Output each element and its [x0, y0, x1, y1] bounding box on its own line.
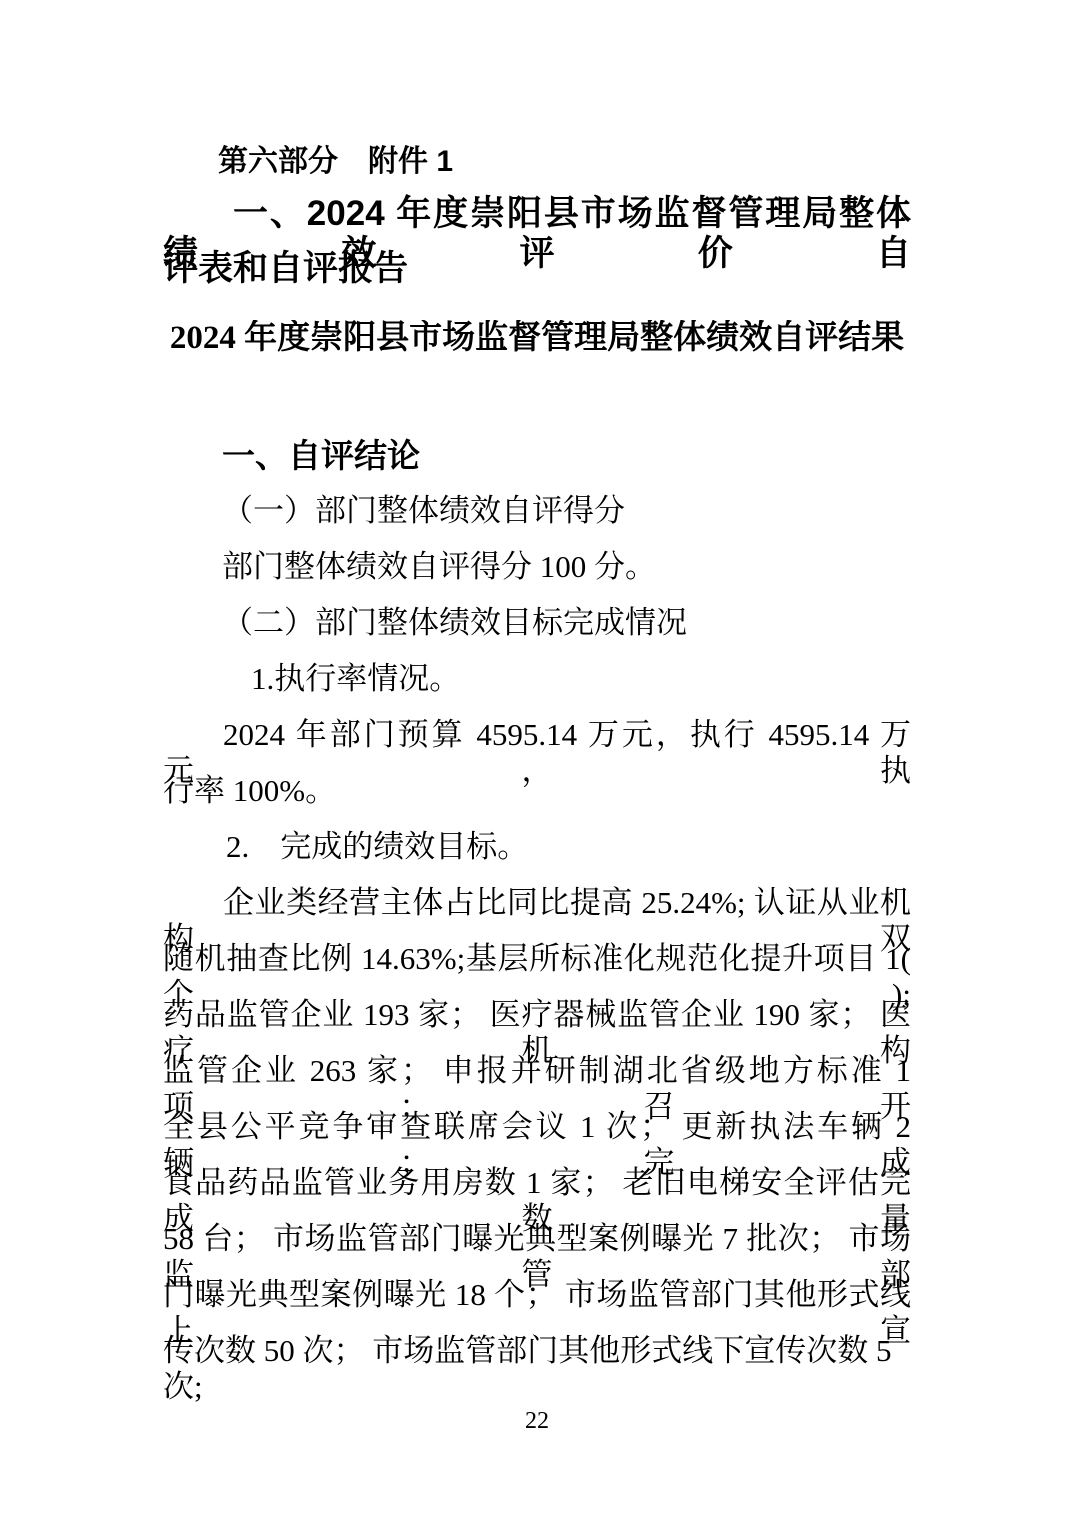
subsection2-heading: （二）部门整体绩效目标完成情况 [222, 605, 687, 641]
document-page: 第六部分 附件 1 一、2024 年度崇阳县市场监督管理局整体绩效评价自 评表和… [0, 0, 1074, 1520]
page-number: 22 [0, 1408, 1074, 1436]
item2-heading: 2. 完成的绩效目标。 [226, 829, 528, 865]
section1-heading: 一、自评结论 [222, 437, 420, 475]
item2-body-line: 传次数 50 次； 市场监管部门其他形式线下宣传次数 5 次; [163, 1333, 911, 1404]
part-heading: 第六部分 附件 1 [218, 145, 453, 180]
subsection1-body: 部门整体绩效自评得分 100 分。 [222, 549, 656, 585]
item1-heading: 1.执行率情况。 [251, 661, 460, 697]
attachment-heading-line-2: 评表和自评报告 [163, 249, 408, 289]
report-title: 2024 年度崇阳县市场监督管理局整体绩效自评结果 [163, 320, 911, 358]
subsection1-heading: （一）部门整体绩效自评得分 [222, 493, 625, 529]
item1-body-line-2: 行率 100%。 [163, 773, 336, 809]
